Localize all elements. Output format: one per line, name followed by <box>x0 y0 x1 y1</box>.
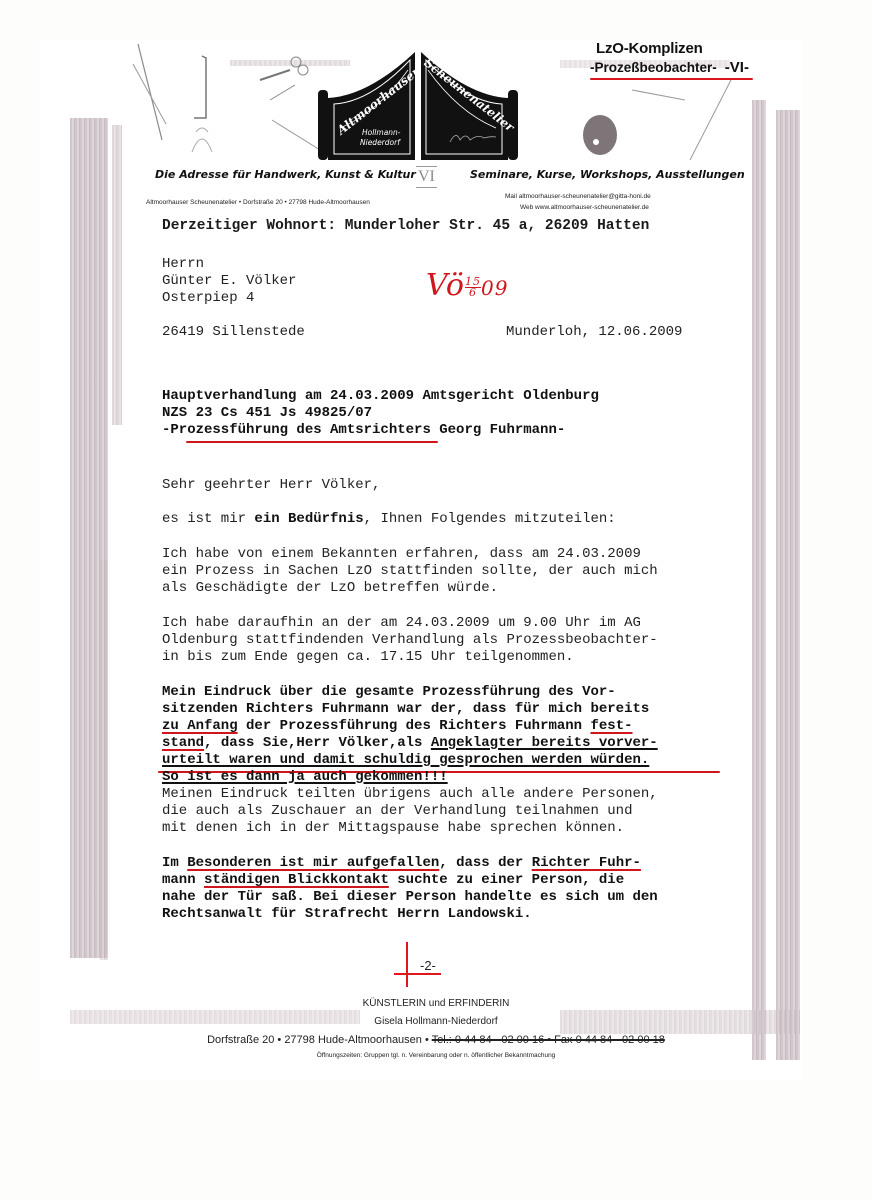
greeting: Sehr geehrter Herr Völker, <box>162 477 380 494</box>
para3-regular-line-3: mit denen ich in der Mittagspause habe s… <box>162 820 624 837</box>
scheunenatelier-gate-logo: Altmoorhauser Scheunenatelier Hollmann- … <box>318 50 518 160</box>
letterhead-mail: Mail altmoorhauser-scheunenatelier@gitta… <box>505 193 651 200</box>
footer-address: Dorfstraße 20 • 27798 Hude-Altmoorhausen… <box>0 1034 872 1046</box>
intro-bold: ein Bedürfnis <box>254 511 363 527</box>
tag-subtitle: -Prozeßbeobachter--VI- <box>590 59 749 76</box>
para2-line-1: Ich habe daraufhin an der am 24.03.2009 … <box>162 615 641 632</box>
red-underline-subject <box>186 441 438 443</box>
para3-line-4-mid: , dass Sie,Herr Völker,als <box>204 735 431 751</box>
highlight-stand: stand <box>162 735 204 751</box>
subject-line-3: -Prozessführung des Amtsrichters Georg F… <box>162 422 565 439</box>
logo-signature-icon <box>448 128 498 148</box>
para1-line-1: Ich habe von einem Bekannten erfahren, d… <box>162 546 641 563</box>
para1-line-3: als Geschädigte der LzO betreffen würde. <box>162 580 498 597</box>
para3-line-3: zu Anfang der Prozessführung des Richter… <box>162 718 633 735</box>
subject-line-1: Hauptverhandlung am 24.03.2009 Amtsgeric… <box>162 388 599 405</box>
handnote-date-fraction: 156 <box>465 277 481 298</box>
letterhead-web: Web www.altmoorhauser-scheunenatelier.de <box>520 204 649 211</box>
logo-owner-line2: Niederdorf <box>360 138 400 147</box>
current-residence: Derzeitiger Wohnort: Munderloher Str. 45… <box>162 218 649 234</box>
handwritten-receipt-note: Vö15609 <box>426 268 508 303</box>
slogan-left: Die Adresse für Handwerk, Kunst & Kultur <box>155 168 416 181</box>
footer-opening-hours: Öffnungszeiten: Gruppen tgl. n. Vereinba… <box>0 1052 872 1059</box>
para2-line-3: in bis zum Ende gegen ca. 17.15 Uhr teil… <box>162 649 574 666</box>
para1-line-2: ein Prozess in Sachen LzO stattfinden so… <box>162 563 658 580</box>
recipient-salutation: Herrn <box>162 256 204 273</box>
para4-line-3: nahe der Tür saß. Bei dieser Person hand… <box>162 889 658 906</box>
tag-number: -VI- <box>725 59 749 76</box>
place-date: Munderloh, 12.06.2009 <box>506 324 682 341</box>
tag-title: LzO-Komplizen <box>596 40 749 57</box>
para3-line-4: stand, dass Sie,Herr Völker,als Angeklag… <box>162 735 658 752</box>
red-cross-mark-horizontal <box>394 973 441 975</box>
para2-line-2: Oldenburg stattfindenden Verhandlung als… <box>162 632 658 649</box>
para4-mann: mann <box>162 872 204 888</box>
roman-mark: VI <box>416 166 437 188</box>
footer-title: KÜNSTLERIN und ERFINDERIN <box>0 998 872 1009</box>
highlight-besonderen: Besonderen ist mir aufgefallen <box>187 855 439 871</box>
highlight-zu-anfang: zu Anfang <box>162 718 238 734</box>
intro-pre: es ist mir <box>162 511 254 527</box>
highlight-fest: fest- <box>590 718 632 734</box>
highlight-angeklagter: Angeklagter bereits vorver- <box>431 735 658 751</box>
border-band-right-inner <box>752 100 766 1060</box>
highlight-blickkontakt: ständigen Blickkontakt <box>204 872 389 888</box>
tag-subtitle-text: -Prozeßbeobachter- <box>590 60 717 75</box>
handnote-initials: Vö <box>426 268 465 303</box>
border-band-left-inner <box>112 125 122 425</box>
para4-im: Im <box>162 855 187 871</box>
border-band-left-lower <box>100 560 108 960</box>
palette-sketch-icon <box>560 70 760 160</box>
red-cross-mark-vertical <box>406 942 408 987</box>
page-number: -2- <box>420 958 436 973</box>
intro-post: , Ihnen Folgendes mitzuteilen: <box>364 511 616 527</box>
para3-line-1: Mein Eindruck über die gesamte Prozessfü… <box>162 684 616 701</box>
footer-address-text: Dorfstraße 20 • 27798 Hude-Altmoorhausen… <box>207 1034 432 1046</box>
para4-line-1-mid: , dass der <box>439 855 531 871</box>
border-band-right <box>776 110 800 1060</box>
para3-regular-line-1: Meinen Eindruck teilten übrigens auch al… <box>162 786 658 803</box>
para4-line-2-rest: suchte zu einer Person, die <box>389 872 624 888</box>
footer-phone-struck: Tel.: 0 44 84 - 02 00 16 • Fax 0 44 84 -… <box>432 1034 665 1046</box>
highlight-richter-fuhr: Richter Fuhr- <box>532 855 641 871</box>
letterhead-address: Altmoorhauser Scheunenatelier • Dorfstra… <box>146 199 370 206</box>
footer-name: Gisela Hollmann-Niederdorf <box>0 1016 872 1027</box>
slogan-right: Seminare, Kurse, Workshops, Ausstellunge… <box>470 168 745 181</box>
para3-line-5: urteilt waren und damit schuldig gesproc… <box>162 752 649 769</box>
logo-owner-line1: Hollmann- <box>362 128 401 137</box>
recipient-city: 26419 Sillenstede <box>162 324 305 341</box>
subject-line-2: NZS 23 Cs 451 Js 49825/07 <box>162 405 372 422</box>
recipient-name: Günter E. Völker <box>162 273 296 290</box>
para4-line-2: mann ständigen Blickkontakt suchte zu ei… <box>162 872 624 889</box>
craft-tools-sketch-icon <box>120 40 320 160</box>
recipient-street: Osterpiep 4 <box>162 290 254 307</box>
para3-line-6: So ist es dann ja auch gekommen!!! <box>162 769 448 786</box>
document-tag: LzO-Komplizen -Prozeßbeobachter--VI- <box>590 40 749 76</box>
para3-line-2: sitzenden Richters Fuhrmann war der, das… <box>162 701 649 718</box>
intro-line: es ist mir ein Bedürfnis, Ihnen Folgende… <box>162 511 616 528</box>
para3-regular-line-2: die auch als Zuschauer an der Verhandlun… <box>162 803 632 820</box>
para4-line-1: Im Besonderen ist mir aufgefallen, dass … <box>162 855 641 872</box>
para4-line-4: Rechtsanwalt für Strafrecht Herrn Landow… <box>162 906 532 923</box>
handnote-year: 09 <box>481 276 508 300</box>
handnote-month: 6 <box>465 288 481 298</box>
para3-line-3-mid: der Prozessführung des Richters Fuhrmann <box>238 718 591 734</box>
